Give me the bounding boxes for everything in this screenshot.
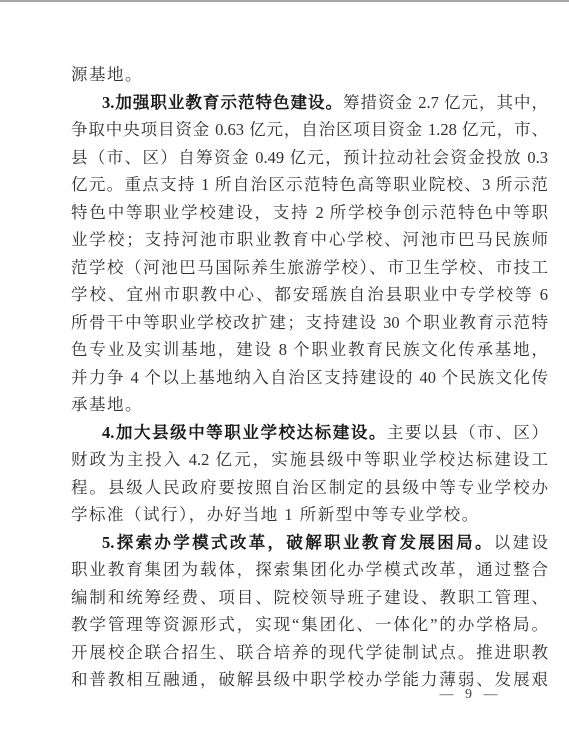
text-line: 源基地。 bbox=[71, 61, 548, 89]
body-run: 学标准（试行），办好当地 1 所新型中等专业学校。 bbox=[71, 505, 480, 524]
text-line: 程。县级人民政府要按照自治区制定的县级中等专业学校办 bbox=[71, 474, 548, 502]
body-run: 并力争 4 个以上基地纳入自治区支持建设的 40 个民族文化传 bbox=[71, 368, 548, 387]
text-line: 并力争 4 个以上基地纳入自治区支持建设的 40 个民族文化传 bbox=[71, 364, 548, 392]
text-line: 争取中央项目资金 0.63 亿元，自治区项目资金 1.28 亿元，市、 bbox=[71, 116, 548, 144]
text-line: 5.探索办学模式改革，破解职业教育发展困局。以建设 bbox=[71, 529, 548, 557]
body-run: 教学管理等资源形式，实现“集团化、一体化”的办学格局。 bbox=[71, 615, 548, 634]
text-line: 学校、宜州市职教中心、都安瑶族自治县职业中专学校等 6 bbox=[71, 281, 548, 309]
text-line: 职业教育集团为载体，探索集团化办学模式改革，通过整合 bbox=[71, 556, 548, 584]
text-line: 4.加大县级中等职业学校达标建设。主要以县（市、区） bbox=[71, 419, 548, 447]
body-run: 源基地。 bbox=[71, 65, 143, 84]
body-run: 筹措资金 2.7 亿元，其中， bbox=[343, 93, 548, 112]
text-line: 所骨干中等职业学校改扩建；支持建设 30 个职业教育示范特 bbox=[71, 309, 548, 337]
body-run: 主要以县（市、区） bbox=[387, 423, 548, 442]
heading-run: 5.探索办学模式改革，破解职业教育发展困局。 bbox=[102, 533, 494, 552]
text-line: 学标准（试行），办好当地 1 所新型中等专业学校。 bbox=[71, 501, 548, 529]
text-line: 特色中等职业学校建设，支持 2 所学校争创示范特色中等职 bbox=[71, 199, 548, 227]
body-run: 范学校（河池巴马国际养生旅游学校）、市卫生学校、市技工 bbox=[71, 258, 548, 277]
text-line: 教学管理等资源形式，实现“集团化、一体化”的办学格局。 bbox=[71, 611, 548, 639]
body-run: 县（市、区）自筹资金 0.49 亿元，预计拉动社会资金投放 0.3 bbox=[71, 148, 548, 167]
text-line: 色专业及实训基地，建设 8 个职业教育民族文化传承基地， bbox=[71, 336, 548, 364]
document-body: 源基地。3.加强职业教育示范特色建设。筹措资金 2.7 亿元，其中，争取中央项目… bbox=[71, 61, 548, 694]
body-run: 开展校企联合招生、联合培养的现代学徒制试点。推进职教 bbox=[71, 643, 548, 662]
body-run: 业学校；支持河池市职业教育中心学校、河池市巴马民族师 bbox=[71, 230, 548, 249]
scanned-page: { "document": { "ink_color": "#303030", … bbox=[0, 0, 569, 732]
heading-run: 4.加大县级中等职业学校达标建设。 bbox=[102, 423, 387, 442]
text-line: 亿元。重点支持 1 所自治区示范特色高等职业院校、3 所示范 bbox=[71, 171, 548, 199]
body-run: 财政为主投入 4.2 亿元，实施县级中等职业学校达标建设工 bbox=[71, 450, 548, 469]
page-number: — 9 — bbox=[436, 687, 502, 703]
body-run: 特色中等职业学校建设，支持 2 所学校争创示范特色中等职 bbox=[71, 203, 548, 222]
body-run: 所骨干中等职业学校改扩建；支持建设 30 个职业教育示范特 bbox=[71, 313, 548, 332]
body-run: 职业教育集团为载体，探索集团化办学模式改革，通过整合 bbox=[71, 560, 548, 579]
text-line: 业学校；支持河池市职业教育中心学校、河池市巴马民族师 bbox=[71, 226, 548, 254]
text-line: 县（市、区）自筹资金 0.49 亿元，预计拉动社会资金投放 0.3 bbox=[71, 144, 548, 172]
body-run: 争取中央项目资金 0.63 亿元，自治区项目资金 1.28 亿元，市、 bbox=[71, 120, 548, 139]
text-line: 编制和统筹经费、项目、院校领导班子建设、教职工管理、 bbox=[71, 584, 548, 612]
text-line: 承基地。 bbox=[71, 391, 548, 419]
text-line: 开展校企联合招生、联合培养的现代学徒制试点。推进职教 bbox=[71, 639, 548, 667]
body-run: 色专业及实训基地，建设 8 个职业教育民族文化传承基地， bbox=[71, 340, 548, 359]
text-line: 范学校（河池巴马国际养生旅游学校）、市卫生学校、市技工 bbox=[71, 254, 548, 282]
body-run: 学校、宜州市职教中心、都安瑶族自治县职业中专学校等 6 bbox=[71, 285, 548, 304]
heading-run: 3.加强职业教育示范特色建设。 bbox=[102, 93, 343, 112]
text-line: 财政为主投入 4.2 亿元，实施县级中等职业学校达标建设工 bbox=[71, 446, 548, 474]
body-run: 亿元。重点支持 1 所自治区示范特色高等职业院校、3 所示范 bbox=[71, 175, 548, 194]
body-run: 编制和统筹经费、项目、院校领导班子建设、教职工管理、 bbox=[71, 588, 548, 607]
body-run: 承基地。 bbox=[71, 395, 143, 414]
scan-top-edge bbox=[0, 0, 569, 2]
body-run: 以建设 bbox=[494, 533, 548, 552]
body-run: 程。县级人民政府要按照自治区制定的县级中等专业学校办 bbox=[71, 478, 548, 497]
text-line: 3.加强职业教育示范特色建设。筹措资金 2.7 亿元，其中， bbox=[71, 89, 548, 117]
